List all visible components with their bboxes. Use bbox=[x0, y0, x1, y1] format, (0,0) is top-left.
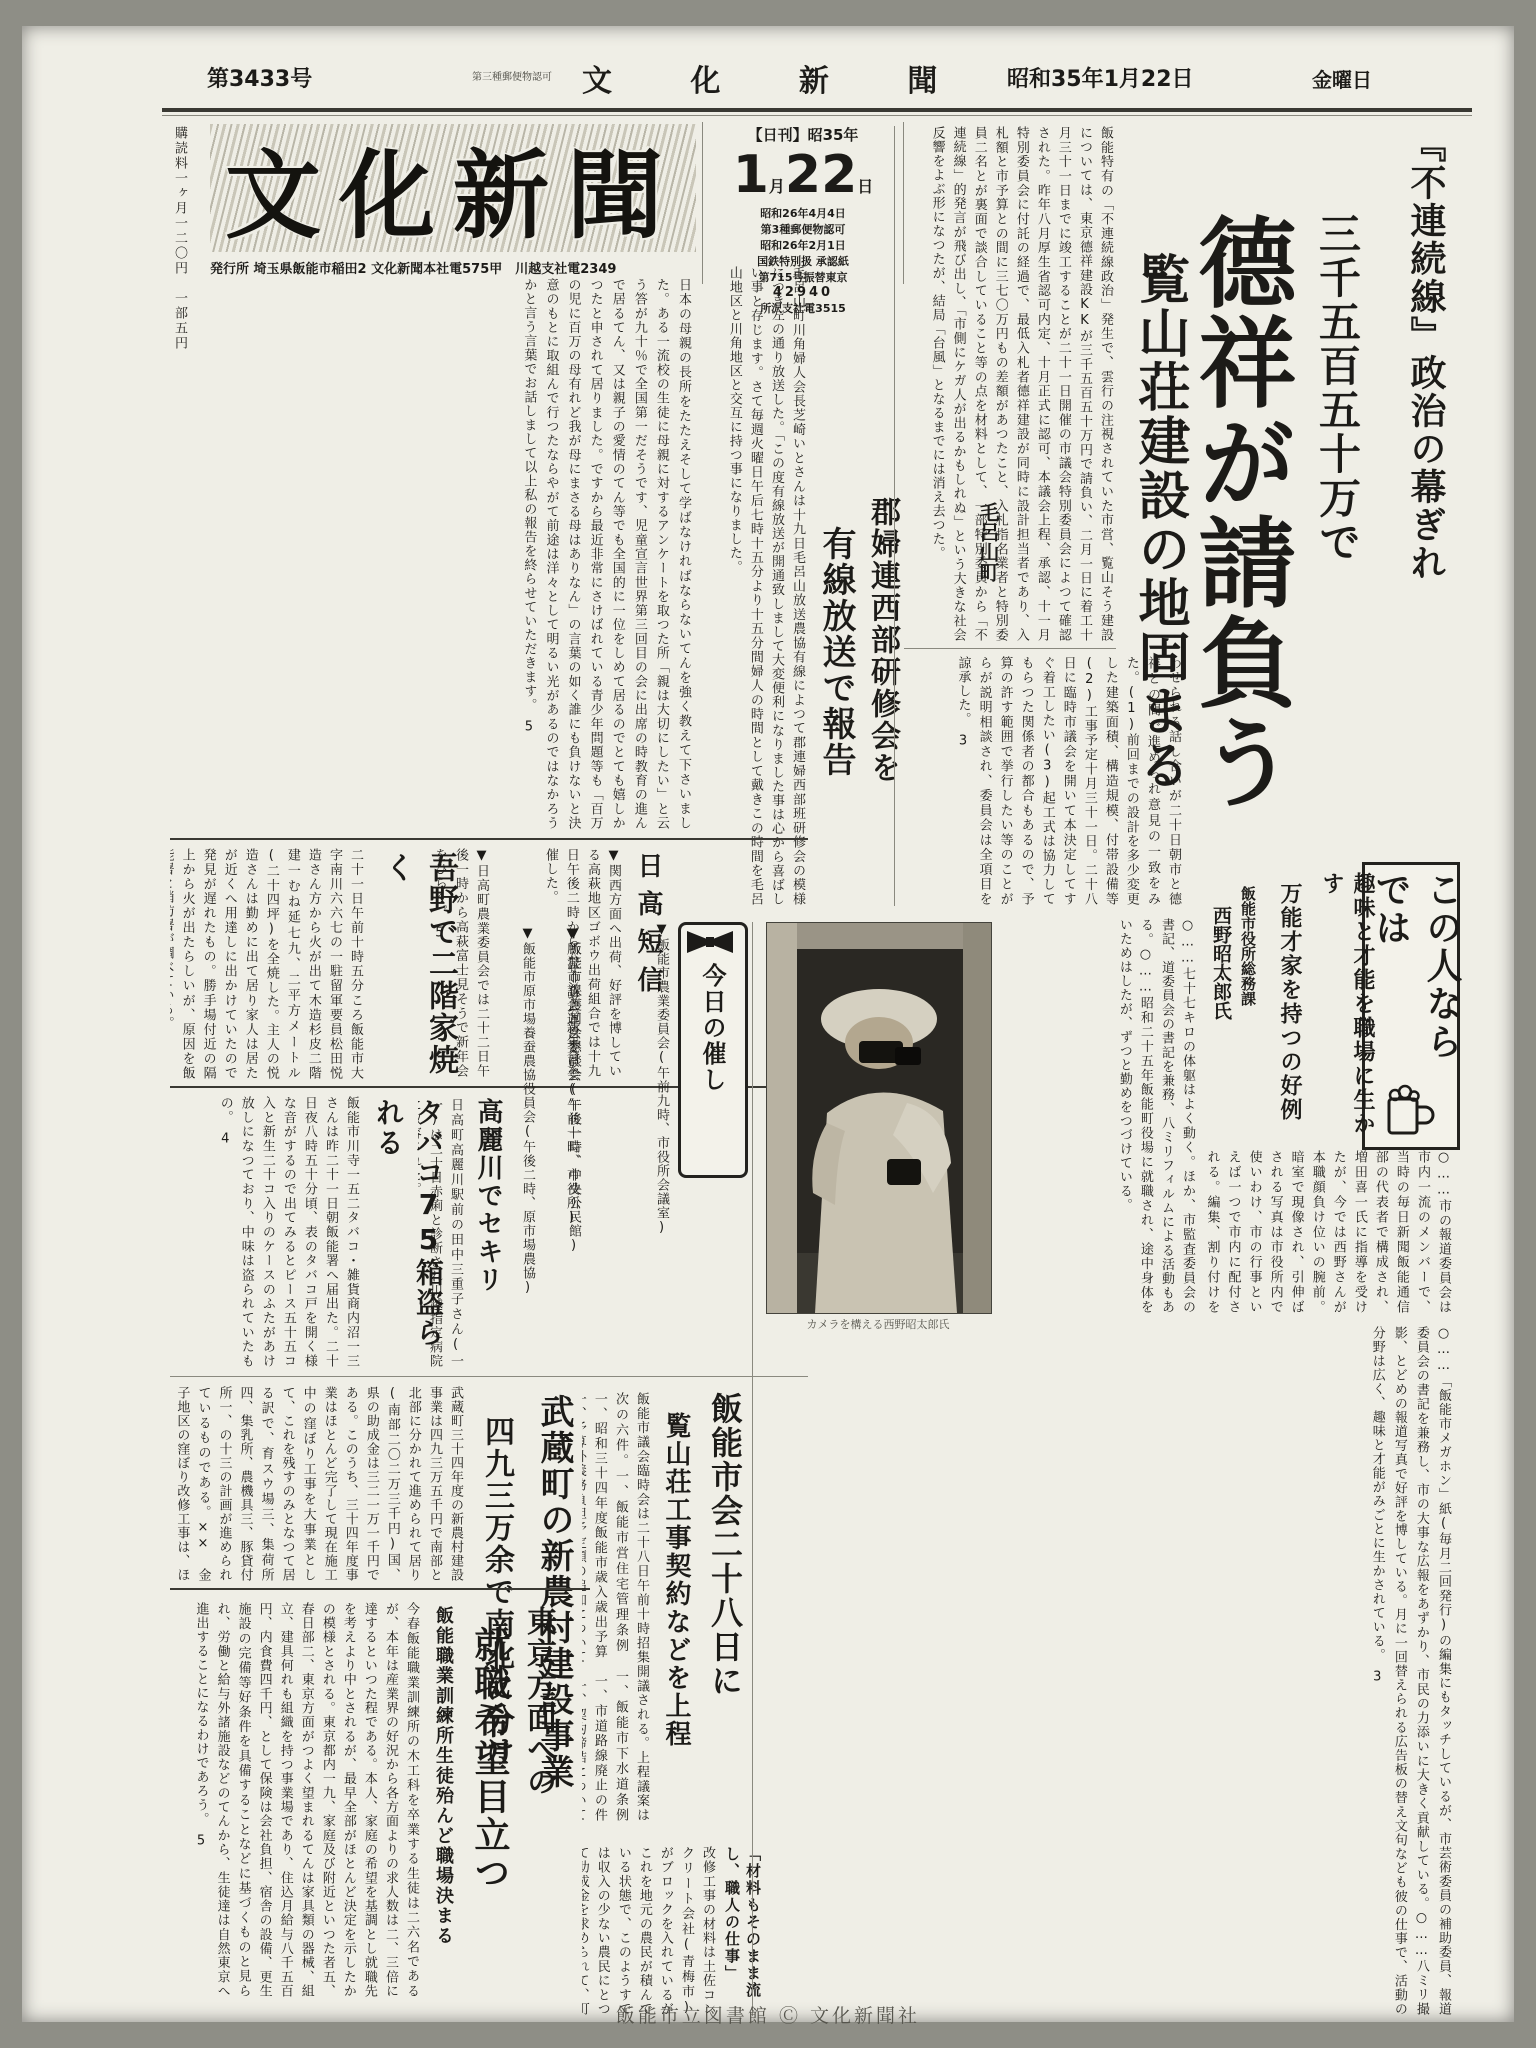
rule-center-1 bbox=[582, 1376, 808, 1377]
issue-number: 第3433号 bbox=[207, 62, 312, 93]
date-month: 1 bbox=[733, 145, 769, 205]
masthead-logo: 文化新聞 bbox=[210, 124, 696, 252]
feature-sub-2: 万能才家を持つの好例 bbox=[1274, 882, 1305, 1142]
date-day-unit: 日 bbox=[857, 177, 873, 196]
feature-box-title: この人ならでは bbox=[1365, 871, 1467, 1083]
feature-body-3: ○……「飯能市メガホン」紙(毎月二回発行)の編集にもタッチしているが、市芸術委員… bbox=[998, 1326, 1454, 2016]
main-article-kicker: 『不連続線』政治の幕ぎれ bbox=[1400, 126, 1451, 786]
women-article-lead: 毛呂山町川角婦人会長芝崎いとさんは十九日毛呂山放送農協有線によつて郡連婦西部班研… bbox=[698, 266, 808, 906]
photo-illustration bbox=[767, 923, 991, 1313]
main-divider bbox=[904, 648, 1116, 649]
feature-body-2: ○……市の報道委員会は市内一流のメンバーで、当時の毎日新聞飯能通信部の代表者で構… bbox=[1208, 1150, 1454, 1314]
footer-credit: 飯能市立図書館 Ⓒ 文化新聞社 bbox=[22, 2001, 1514, 2028]
feature-person: 西野昭太郎氏 bbox=[1208, 906, 1235, 1136]
main-article-body: 飯能特有の「不連続線政治」発生で、雲行の注視されていた市営、覧山そう建設について… bbox=[904, 126, 1116, 642]
main-headline-big: 德祥が請負う bbox=[1190, 212, 1288, 852]
jobs-subhead: 飯能職業訓練所生徒殆んど職場決まる bbox=[430, 1606, 456, 1966]
beer-mug-icon bbox=[1383, 1083, 1435, 1139]
date-month-unit: 月 bbox=[769, 177, 785, 196]
footer-library: 飯能市立図書館 bbox=[616, 2005, 770, 2027]
agano-body: 二十一日午前十時五分ころ飯能市大字南川六六七の一駐留軍要員松田悦造さん方から火が… bbox=[170, 848, 366, 1080]
feature-body-1: ○……七十七キロの体躯はよく動く。ほか、市監査委員会の書記、道委員会の書記を兼務… bbox=[1106, 918, 1198, 1314]
events-item-1: ▼飯能市農業委員会(午前九時、市役所会議室) bbox=[582, 922, 672, 1362]
women-article-speech: 日本の母親の長所をたたえそして学ばなければならないてんを強く教えて下さいました。… bbox=[170, 278, 694, 830]
daily-label: 【日刊】昭35年 bbox=[703, 124, 903, 145]
wavy-separator bbox=[752, 922, 753, 2016]
header-date: 昭和35年1月22日 bbox=[1007, 62, 1194, 93]
date-box: 【日刊】昭35年 1月22日 昭和26年4月4日 第3種郵便物認可 昭和26年2… bbox=[702, 122, 904, 284]
masthead-logo-text: 文化新聞 bbox=[225, 120, 681, 257]
council-body: 飯能市議会臨時会は二十八日午前十時招集開議される。上程議案は次の六件。一、飯能市… bbox=[582, 1392, 652, 1822]
main-headline-small: 三千五百五十万で bbox=[1316, 212, 1358, 572]
women-headline-line2: 有線放送で報告 bbox=[812, 526, 861, 886]
feature-org: 飯能市役所総務課 bbox=[1238, 886, 1259, 1136]
reg-line3: 昭和26年2月1日 bbox=[703, 237, 903, 253]
women-headline-line1: 郡婦連西部研修会を bbox=[860, 496, 904, 916]
col-separator-main bbox=[894, 126, 895, 906]
rule-left-3 bbox=[170, 1376, 590, 1377]
council-headline-1: 飯能市会二十八日に bbox=[702, 1392, 748, 1732]
agano-headline: 吾野で二階家焼く bbox=[374, 852, 462, 1082]
musashi-cont-kicker: 「材料もそのまま流し、職人の仕事」 bbox=[722, 1846, 764, 2016]
reg-line1: 昭和26年4月4日 bbox=[703, 205, 903, 221]
musashi-cont-body: 改修工事の材料は土佐コンクリート会社(青梅市)がブロックを入れているがこれを地元… bbox=[582, 1846, 718, 2016]
council-headline-2: 覧山荘工事契約などを上程 bbox=[658, 1412, 695, 1832]
postal-stamp: 第三種郵便物認可 bbox=[472, 68, 552, 83]
ribbon-icon bbox=[681, 925, 739, 959]
events-box: 今日の催し bbox=[678, 922, 748, 1178]
main-article-continuation: わせられる話し合いが二十日朝市と德祥との間で進められ意見の一致をみた。(1)前回… bbox=[904, 656, 1184, 906]
jobs-body: 今春飯能職業訓練所の木工科を卒業する生徒は二六名であるが、本年は産業界の好況から… bbox=[170, 1602, 422, 1998]
header-rule bbox=[162, 108, 1472, 112]
header-rule-thin bbox=[162, 115, 1472, 116]
reg-line2: 第3種郵便物認可 bbox=[703, 221, 903, 237]
paper-title-header: 文 化 新 聞 bbox=[582, 56, 971, 100]
date-day: 22 bbox=[785, 145, 857, 205]
news-photo bbox=[766, 922, 992, 1314]
feature-sub-1: 趣味と才能を職場に生かす bbox=[1316, 872, 1378, 1142]
sekiri-body: 日高町高麗川駅前の田中三重子さん(一一)は二十日赤痢と診断され川越指定病院に収容… bbox=[418, 1098, 466, 1368]
newspaper-page: 第3433号 第三種郵便物認可 文 化 新 聞 昭和35年1月22日 金曜日 購… bbox=[0, 0, 1536, 2048]
header-weekday: 金曜日 bbox=[1312, 64, 1372, 93]
big-date: 1月22日 bbox=[703, 145, 903, 205]
publisher-line: 発行所 埼玉県飯能市稲田2 文化新聞本社電575甲 川越支社電2349 bbox=[210, 258, 710, 277]
events-item-4: ▼所沢市議会運営委員会(午前十時、市役所) bbox=[542, 926, 582, 1362]
photo-caption: カメラを構える西野昭太郎氏 bbox=[766, 1316, 990, 1332]
musashi-body: 武蔵町三十四年度の新農村建設事業は四九三万五千円で南部と北部に分かれて進められて… bbox=[170, 1386, 466, 1582]
jobs-kicker: 東京方面への bbox=[516, 1606, 560, 1866]
jobs-headline: 就職希望目立つ bbox=[464, 1626, 515, 1926]
footer-publisher: 文化新聞社 bbox=[810, 2005, 920, 2027]
rule-left-1 bbox=[170, 838, 808, 840]
rule-left-4 bbox=[170, 1588, 590, 1590]
women-article-kicker: 毛呂山町 bbox=[974, 502, 1003, 622]
events-title: 今日の催し bbox=[695, 963, 730, 1163]
paper-sheet: 第3433号 第三種郵便物認可 文 化 新 聞 昭和35年1月22日 金曜日 購… bbox=[22, 26, 1514, 2022]
copyright-mark: Ⓒ bbox=[779, 2005, 801, 2027]
tobacco-body: 飯能市川寺一五二タバコ・雑貨商内沼一三さんは昨二十一日朝飯能署へ届出た。二十日夜… bbox=[170, 1096, 362, 1368]
